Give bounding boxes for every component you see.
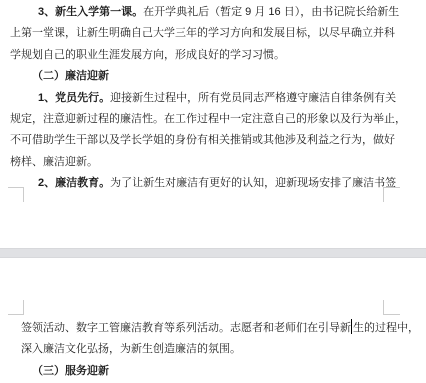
section-heading-line[interactable]: （三）服务迎新 <box>21 361 400 382</box>
page-1: 3、新生入学第一课。在开学典礼后（暂定 9 月 16 日），由书记院长给新生 上… <box>0 0 426 248</box>
paragraph-line[interactable]: 签领活动、数字工管廉洁教育等系列活动。志愿者和老师们在引导新生的过程中， <box>21 318 400 339</box>
paragraph-line[interactable]: 不可借助学生干部以及学长学姐的身份有相关推销或其他涉及利益之行为，做好 <box>10 130 400 151</box>
document-page-view: 3、新生入学第一课。在开学典礼后（暂定 9 月 16 日），由书记院长给新生 上… <box>0 0 426 383</box>
bold-run: 3、新生入学第一课。 <box>38 6 143 18</box>
text-run: 深入廉洁文化弘扬，为新生创造廉洁的氛围。 <box>21 343 241 355</box>
page-2: 签领活动、数字工管廉洁教育等系列活动。志愿者和老师们在引导新生的过程中， 深入廉… <box>0 258 426 383</box>
page-2-top-left-margin-mark <box>8 300 24 315</box>
paragraph-line[interactable]: 学规划自己的职业生涯发展方向，形成良好的学习习惯。 <box>10 45 400 66</box>
paragraph-line[interactable]: 上第一堂课，让新生明确自己大学三年的学习方向和发展目标，以尽早确立并科 <box>10 23 400 44</box>
page-1-bottom-left-margin-mark <box>8 187 24 202</box>
page-2-top-right-margin-mark <box>383 300 400 315</box>
paragraph-line[interactable]: 1、党员先行。迎接新生过程中，所有党员同志严格遵守廉洁自律条例有关 <box>10 88 400 109</box>
paragraph-line[interactable]: 2、廉洁教育。为了让新生对廉洁有更好的认知，迎新现场安排了廉洁书签 <box>10 173 400 194</box>
text-run: 为了让新生对廉洁有更好的认知，迎新现场安排了廉洁书签 <box>110 177 396 189</box>
page-1-bottom-right-margin-mark <box>383 187 400 202</box>
paragraph-line[interactable]: 3、新生入学第一课。在开学典礼后（暂定 9 月 16 日），由书记院长给新生 <box>10 2 400 23</box>
text-run: 学规划自己的职业生涯发展方向，形成良好的学习习惯。 <box>10 49 285 61</box>
text-run: 上第一堂课，让新生明确自己大学三年的学习方向和发展目标，以尽早确立并科 <box>10 27 395 39</box>
section-heading-line[interactable]: （二）廉洁迎新 <box>10 66 400 87</box>
page-1-text-area: 3、新生入学第一课。在开学典礼后（暂定 9 月 16 日），由书记院长给新生 上… <box>10 2 400 195</box>
text-run: 生的过程中， <box>353 322 419 334</box>
paragraph-line[interactable]: 深入廉洁文化弘扬，为新生创造廉洁的氛围。 <box>21 339 400 360</box>
paragraph-line[interactable]: 榜样、廉洁迎新。 <box>10 152 400 173</box>
bold-run: （二）廉洁迎新 <box>32 70 109 82</box>
text-run: 在开学典礼后（暂定 9 月 16 日），由书记院长给新生 <box>143 6 399 18</box>
bold-run: 1、党员先行。 <box>38 92 110 104</box>
text-run: 签领活动、数字工管廉洁教育等系列活动。志愿者和老师们在引导新 <box>21 322 351 334</box>
text-run: 不可借助学生干部以及学长学姐的身份有相关推销或其他涉及利益之行为，做好 <box>10 134 395 146</box>
bold-run: （三）服务迎新 <box>32 365 109 377</box>
page-break-gap <box>0 248 426 258</box>
text-run: 榜样、廉洁迎新。 <box>10 156 98 168</box>
paragraph-line[interactable]: 规定，注意迎新过程的廉洁性。在工作过程中一定注意自己的形象以及行为举止， <box>10 109 400 130</box>
text-run: 迎接新生过程中，所有党员同志严格遵守廉洁自律条例有关 <box>110 92 396 104</box>
text-cursor <box>351 319 352 334</box>
text-run: 规定，注意迎新过程的廉洁性。在工作过程中一定注意自己的形象以及行为举止， <box>10 113 406 125</box>
bold-run: 2、廉洁教育。 <box>38 177 110 189</box>
page-2-text-area: 签领活动、数字工管廉洁教育等系列活动。志愿者和老师们在引导新生的过程中， 深入廉… <box>21 318 400 382</box>
